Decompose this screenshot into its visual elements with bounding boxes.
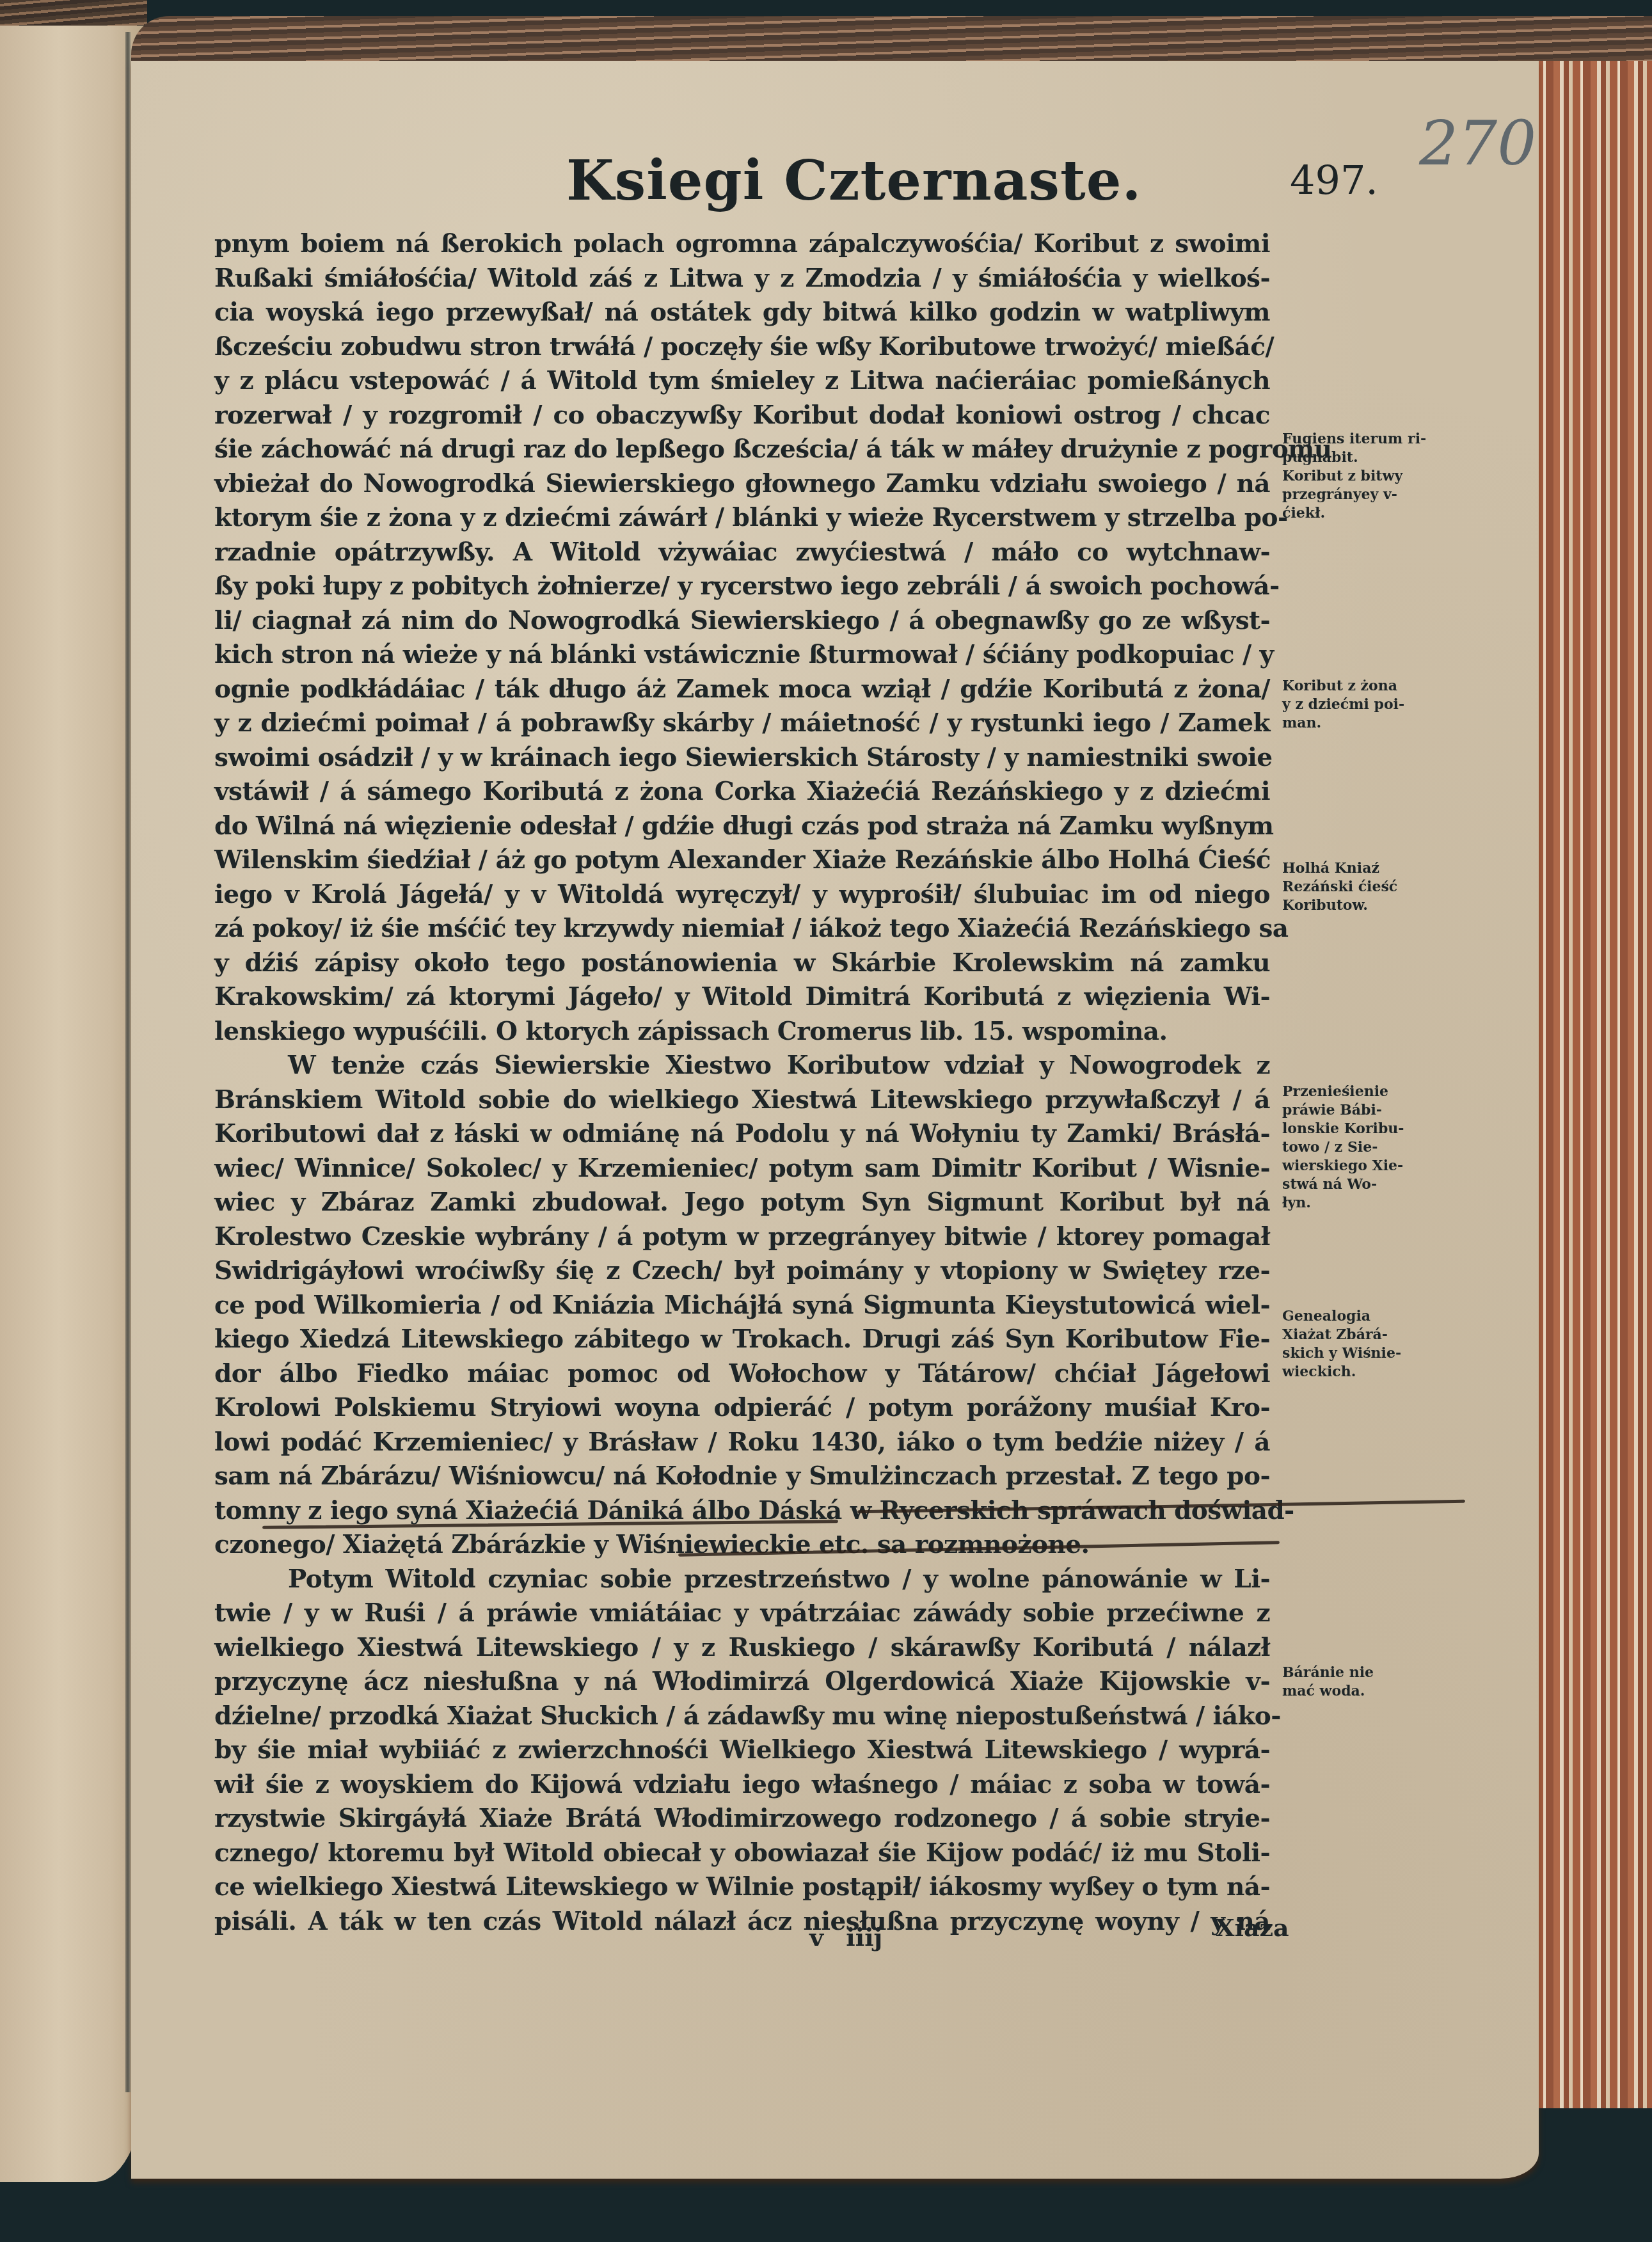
text-line: przyczynę ácz niesłußna y ná Włodimirzá …: [214, 1665, 1270, 1699]
text-line: ktorym śie z żona y z dziećmi záwárł / b…: [214, 501, 1270, 536]
text-line: Koributowi dał z łáski w odmiánę ná Podo…: [214, 1117, 1270, 1152]
page-text-block: Ksiegi Czternaste. 497. 270 pnym boiem n…: [0, 0, 1652, 2242]
text-line: zá pokoy/ iż śie mśćić tey krzywdy niemi…: [214, 912, 1270, 946]
margin-note-line: práwie Bábi-: [1282, 1101, 1449, 1120]
margin-note-line: Holhá Kniaź: [1282, 859, 1449, 878]
text-line: Krakowskim/ zá ktorymi Jágeło/ y Witold …: [214, 980, 1270, 1015]
text-line: ßy poki łupy z pobitych żołnierze/ y ryc…: [214, 569, 1270, 604]
text-line: wiec/ Winnice/ Sokolec/ y Krzemieniec/ p…: [214, 1152, 1270, 1186]
text-line: Wilenskim śiedźiał / áż go potym Alexand…: [214, 843, 1270, 878]
margin-note-line: y z dziećmi poi-: [1282, 696, 1449, 714]
text-line: vbieżał do Nowogrodká Siewierskiego głow…: [214, 467, 1270, 502]
margin-note-line: wierskiego Xie-: [1282, 1157, 1449, 1175]
margin-note-przeniesienie: Przenieśieniepráwie Bábi-lonskie Koribu-…: [1282, 1083, 1449, 1212]
margin-note-line: Báránie nie: [1282, 1664, 1449, 1682]
text-line: dźielne/ przodká Xiażat Słuckich / á zád…: [214, 1699, 1270, 1734]
text-line: dor álbo Fiedko máiac pomoc od Wołochow …: [214, 1357, 1270, 1392]
catchword: Xiaza: [1216, 1913, 1289, 1942]
margin-note-line: ćiekł.: [1282, 504, 1449, 523]
margin-note-koribut-poiman: Koribut z żonay z dziećmi poi-man.: [1282, 677, 1449, 733]
text-line: wiec y Zbáraz Zamki zbudował. Jego potym…: [214, 1186, 1270, 1220]
margin-note-line: łyn.: [1282, 1194, 1449, 1212]
text-line: Krolowi Polskiemu Stryiowi woyna odpierá…: [214, 1391, 1270, 1426]
text-line: Rußaki śmiáłośćia/ Witold záś z Litwa y …: [214, 262, 1270, 296]
text-line: pnym boiem ná ßerokich polach ogromna zá…: [214, 227, 1270, 262]
text-line: ce pod Wilkomieria / od Kniázia Michájłá…: [214, 1289, 1270, 1323]
text-line: swoimi osádził / y w kráinach iego Siewi…: [214, 741, 1270, 775]
margin-note-barania: Báránie niemać woda.: [1282, 1664, 1449, 1701]
margin-note-line: lonskie Koribu-: [1282, 1120, 1449, 1138]
margin-note-line: mać woda.: [1282, 1682, 1449, 1701]
text-line: pisáli. A ták w ten czás Witold nálazł á…: [214, 1905, 1270, 1939]
signature-mark: v iiij: [809, 1923, 882, 1952]
text-line: y z dziećmi poimał / á pobrawßy skárby /…: [214, 706, 1270, 741]
margin-note-line: stwá ná Wo-: [1282, 1175, 1449, 1194]
text-line: Bránskiem Witold sobie do wielkiego Xies…: [214, 1083, 1270, 1118]
text-line: cznego/ ktoremu był Witold obiecał y obo…: [214, 1836, 1270, 1871]
text-line: śie záchowáć ná drugi raz do lepßego ßcz…: [214, 433, 1270, 467]
text-line: sam ná Zbárázu/ Wiśniowcu/ ná Kołodnie y…: [214, 1459, 1270, 1494]
margin-note-line: pugnabit.: [1282, 449, 1449, 467]
margin-note-line: Przenieśienie: [1282, 1083, 1449, 1101]
margin-note-line: Xiażat Zbárá-: [1282, 1326, 1449, 1344]
text-line: li/ ciagnał zá nim do Nowogrodká Siewier…: [214, 604, 1270, 639]
margin-note-line: Fugiens iterum ri-: [1282, 430, 1449, 449]
margin-note-line: towo / z Sie-: [1282, 1138, 1449, 1157]
text-line: kiego Xiedzá Litewskiego zábitego w Trok…: [214, 1323, 1270, 1357]
text-line: rzadnie opátrzywßy. A Witold vżywáiac zw…: [214, 536, 1270, 570]
margin-note-line: Rezáński ćieść: [1282, 878, 1449, 896]
text-line: y z plácu vstepowáć / á Witold tym śmiel…: [214, 364, 1270, 399]
margin-note-fugiens: Fugiens iterum ri-pugnabit.Koribut z bit…: [1282, 430, 1449, 523]
text-line: wielkiego Xiestwá Litewskiego / y z Rusk…: [214, 1631, 1270, 1666]
margin-note-line: skich y Wiśnie-: [1282, 1344, 1449, 1363]
text-line: kich stron ná wieże y ná blánki vstáwicz…: [214, 638, 1270, 672]
manuscript-folio-number: 270: [1419, 107, 1536, 179]
text-line: Krolestwo Czeskie wybrány / á potym w pr…: [214, 1220, 1270, 1255]
text-line: W tenże czás Siewierskie Xiestwo Koribut…: [214, 1049, 1270, 1083]
text-line: ßcześciu zobudwu stron trwáłá / poczęły …: [214, 330, 1270, 365]
body-text: pnym boiem ná ßerokich polach ogromna zá…: [214, 227, 1270, 1939]
text-line: lowi podáć Krzemieniec/ y Brásław / Roku…: [214, 1426, 1270, 1460]
margin-note-line: przegrányey v-: [1282, 486, 1449, 504]
text-line: ognie podkłádáiac / ták długo áż Zamek m…: [214, 672, 1270, 707]
running-head: Ksiegi Czternaste.: [566, 148, 1141, 213]
text-line: Swidrigáyłowi wroćiwßy śię z Czech/ był …: [214, 1254, 1270, 1289]
margin-note-line: Koributow.: [1282, 896, 1449, 915]
margin-note-line: man.: [1282, 714, 1449, 733]
margin-note-line: Koribut z bitwy: [1282, 467, 1449, 486]
margin-note-line: wieckich.: [1282, 1363, 1449, 1381]
text-line: cia woyská iego przewyßał/ ná ostátek gd…: [214, 296, 1270, 330]
printed-page-number: 497.: [1290, 157, 1378, 203]
text-line: lenskiego wypuśćili. O ktorych zápissach…: [214, 1015, 1270, 1049]
text-line: wił śie z woyskiem do Kijowá vdziału ieg…: [214, 1768, 1270, 1802]
text-line: twie / y w Ruśi / á práwie vmiátáiac y v…: [214, 1596, 1270, 1631]
text-line: rzystwie Skirgáyłá Xiaże Brátá Włodimirz…: [214, 1802, 1270, 1836]
text-line: rozerwał / y rozgromił / co obaczywßy Ko…: [214, 399, 1270, 433]
text-line: by śie miał wybiiáć z zwierzchnośći Wiel…: [214, 1733, 1270, 1768]
text-line: iego v Krolá Jágełá/ y v Witoldá wyręczy…: [214, 878, 1270, 912]
margin-note-line: Koribut z żona: [1282, 677, 1449, 696]
text-line: vstáwił / á sámego Koributá z żona Corka…: [214, 775, 1270, 809]
text-line: ce wielkiego Xiestwá Litewskiego w Wilni…: [214, 1870, 1270, 1905]
margin-note-line: Genealogia: [1282, 1307, 1449, 1326]
text-line: do Wilná ná więzienie odesłał / gdźie dł…: [214, 809, 1270, 844]
margin-note-holha: Holhá KniaźRezáński ćieśćKoributow.: [1282, 859, 1449, 915]
margin-note-genealogia: GenealogiaXiażat Zbárá-skich y Wiśnie-wi…: [1282, 1307, 1449, 1381]
text-line: Potym Witold czyniac sobie przestrzeństw…: [214, 1562, 1270, 1597]
text-line: y dźiś zápisy około tego postánowienia w…: [214, 946, 1270, 981]
